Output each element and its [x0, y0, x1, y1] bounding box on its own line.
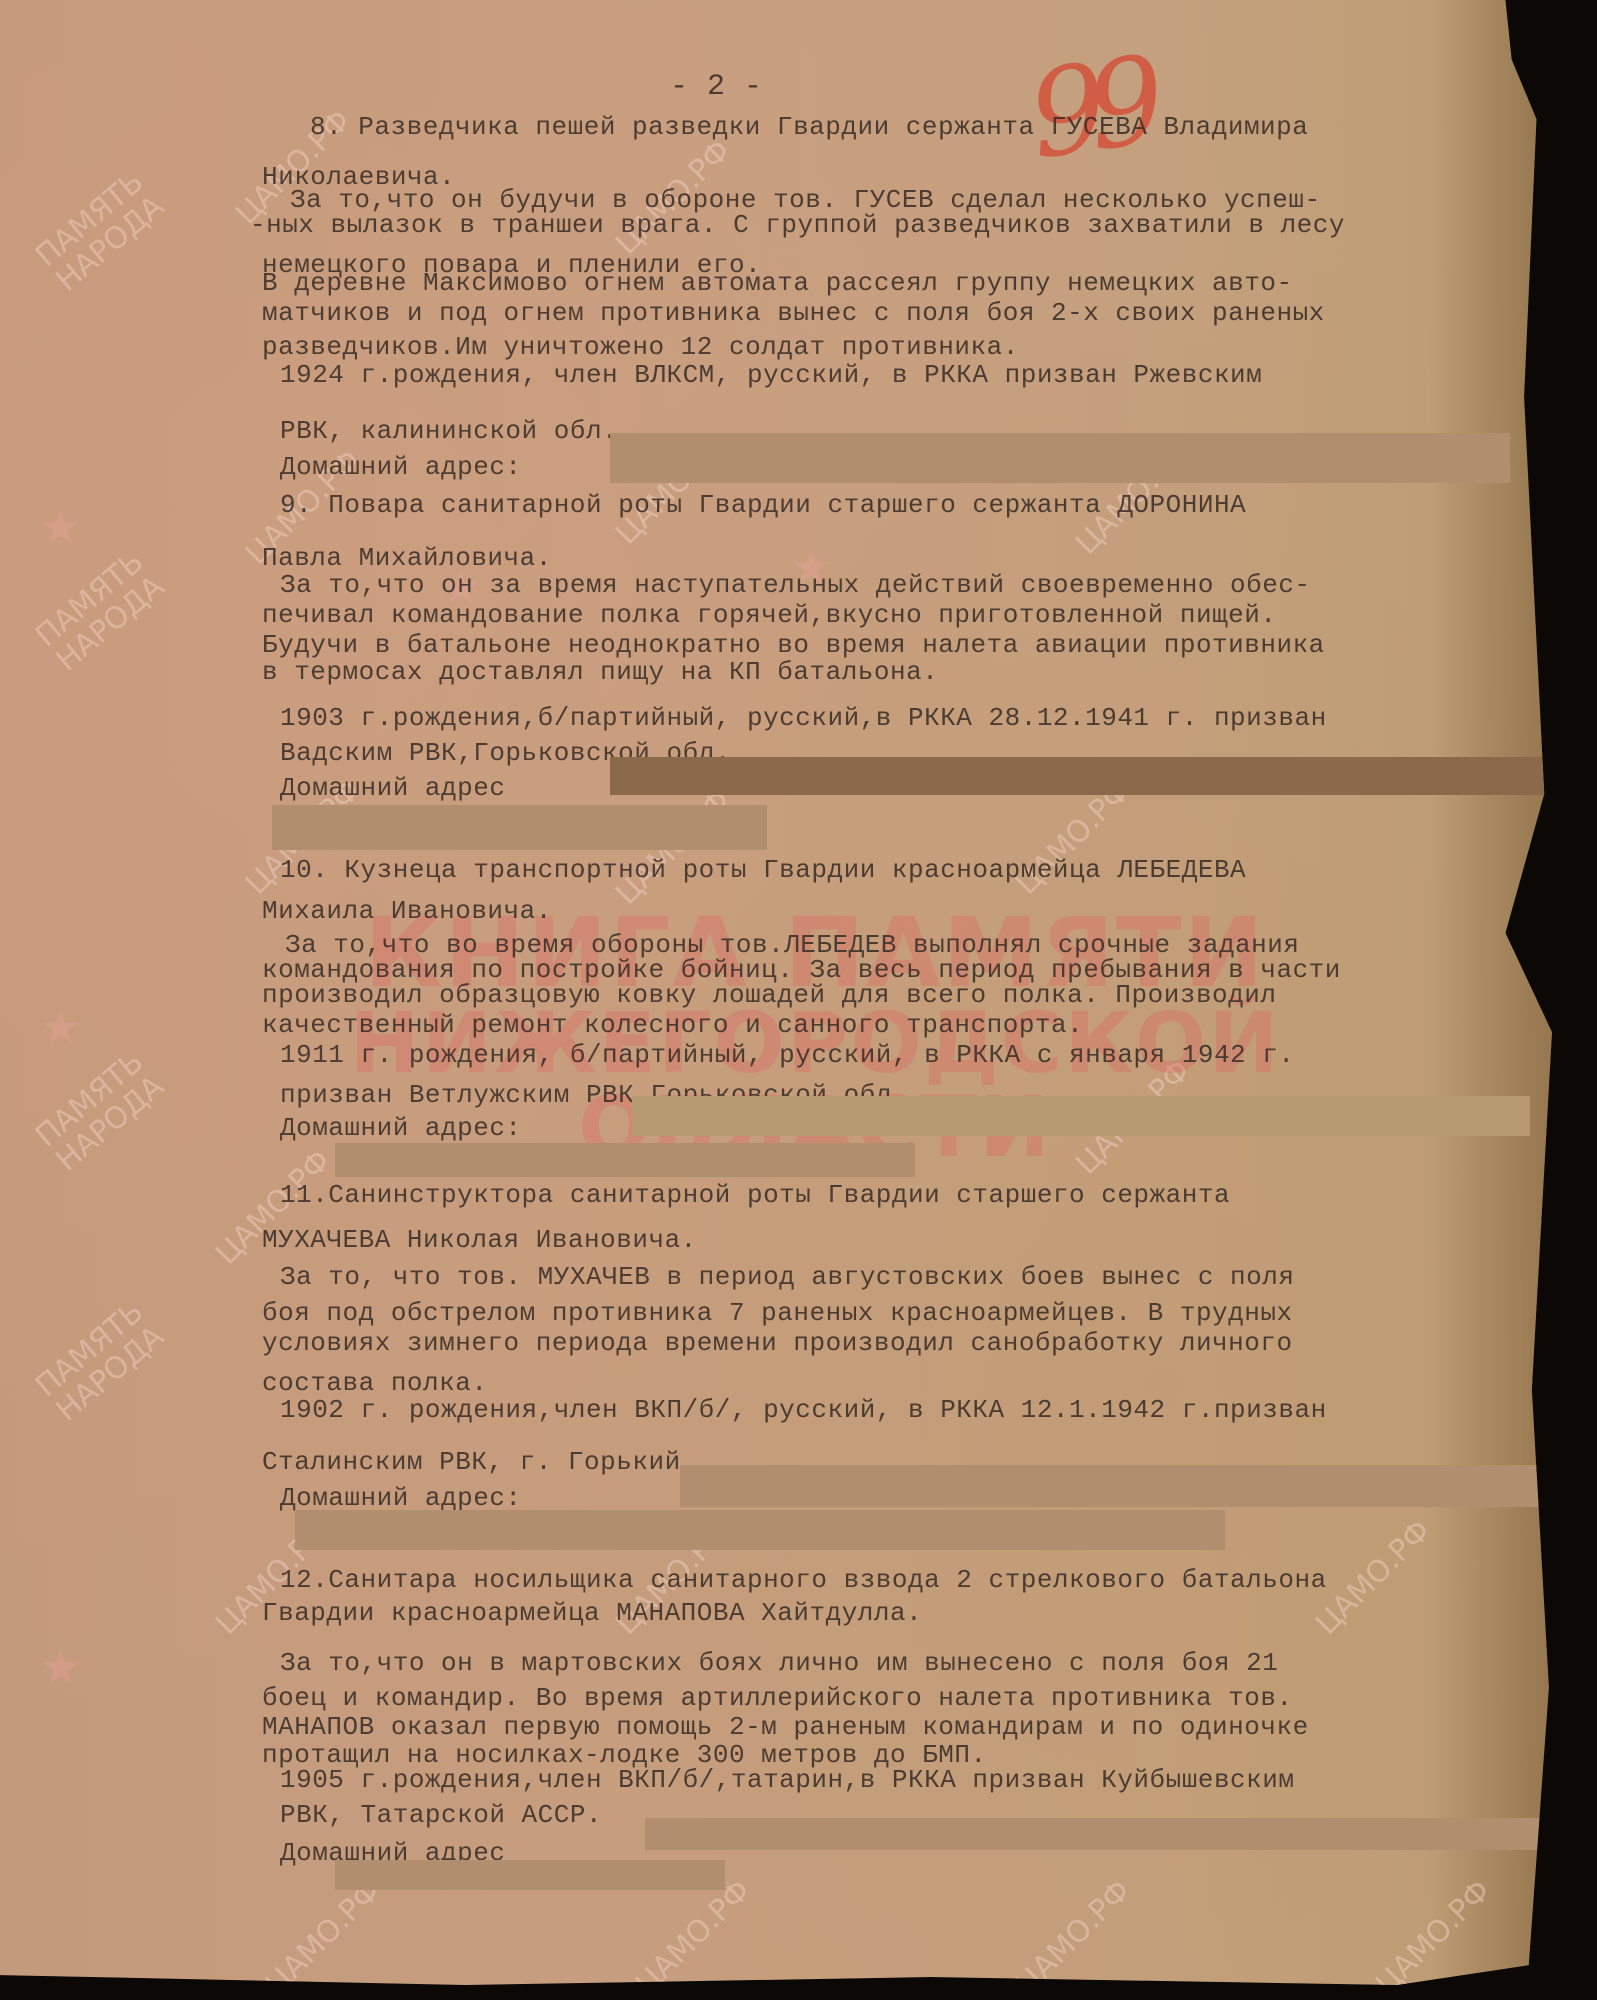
text-line: Михаила Ивановича. [262, 896, 552, 926]
side-watermark: ПАМЯТЬ НАРОДА [18, 536, 181, 687]
text-line: За то,что он за время наступательных дей… [280, 570, 1311, 600]
text-line: Сталинским РВК, г. Горький. [262, 1447, 697, 1477]
text-line: 1903 г.рождения,б/партийный, русский,в Р… [280, 703, 1327, 733]
text-line: боя под обстрелом противника 7 раненых к… [262, 1298, 1293, 1328]
text-line: Гвардии красноармейца МАНАПОВА Хайтдулла… [262, 1598, 922, 1628]
page-number: - 2 - [670, 70, 763, 104]
paper-shadow [1432, 0, 1552, 1985]
watermark: ЦАМО.РФ [259, 1873, 388, 2000]
star-icon: ★ [40, 1000, 81, 1054]
side-watermark: ПАМЯТЬ НАРОДА [18, 1036, 181, 1187]
redacted-address [610, 433, 1510, 483]
watermark: ЦАМО.РФ [1309, 1513, 1438, 1642]
text-line: в термосах доставлял пищу на КП батальон… [262, 657, 938, 687]
text-line: В деревне Максимово огнем автомата рассе… [262, 268, 1293, 298]
text-line: печивал командование полка горячей,вкусн… [262, 600, 1276, 630]
text-line: 11.Санинструктора санитарной роты Гварди… [280, 1180, 1230, 1210]
home-address-label: Домашний адрес: [280, 1113, 522, 1143]
text-line: МАНАПОВ оказал первую помощь 2-м раненым… [262, 1712, 1309, 1742]
watermark: ЦАМО.РФ [1009, 1873, 1138, 2000]
text-line: Будучи в батальоне неоднократно во время… [262, 630, 1325, 660]
text-line: МУХАЧЕВА Николая Ивановича. [262, 1225, 697, 1255]
text-line: 1902 г. рождения,член ВКП/б/, русский, в… [280, 1395, 1327, 1425]
redacted-address [645, 1818, 1575, 1850]
redacted-address [335, 1860, 725, 1890]
text-line: 10. Кузнеца транспортной роты Гвардии кр… [280, 855, 1246, 885]
text-line: боец и командир. Во время артиллерийског… [262, 1683, 1293, 1713]
text-line: За то, что тов. МУХАЧЕВ в период августо… [280, 1262, 1294, 1292]
text-line: -ных вылазок в траншеи врага. С группой … [250, 210, 1345, 240]
document-page: ЦАМО.РФ ЦАМО.РФ ЦАМО.РФ ЦАМО.РФ ЦАМО.РФ … [0, 0, 1552, 1985]
text-line: Павла Михайловича. [262, 543, 552, 573]
redacted-address [632, 1096, 1530, 1136]
text-line: 9. Повара санитарной роты Гвардии старше… [280, 490, 1246, 520]
text-line: матчиков и под огнем противника вынес с … [262, 298, 1325, 328]
text-line: 1924 г.рождения, член ВЛКСМ, русский, в … [280, 360, 1262, 390]
redacted-address [272, 805, 767, 850]
text-line: 8. Разведчика пешей разведки Гвардии сер… [310, 112, 1308, 142]
text-line: РВК, калининской обл. [280, 416, 618, 446]
text-line: производил образцовую ковку лошадей для … [262, 980, 1276, 1010]
redacted-address [610, 757, 1545, 795]
text-line: условиях зимнего периода времени произво… [262, 1328, 1293, 1358]
star-icon: ★ [40, 1640, 81, 1694]
text-line: За то,что он в мартовских боях лично им … [280, 1648, 1278, 1678]
home-address-label: Домашний адрес: [280, 452, 522, 482]
text-line: 1905 г.рождения,член ВКП/б/,татарин,в РК… [280, 1765, 1294, 1795]
text-line: качественный ремонт колесного и санного … [262, 1010, 1083, 1040]
redacted-address [295, 1510, 1225, 1550]
watermark: ЦАМО.РФ [629, 1873, 758, 2000]
star-icon: ★ [40, 500, 81, 554]
side-watermark: ПАМЯТЬ НАРОДА [18, 1286, 181, 1437]
side-watermark: ПАМЯТЬ НАРОДА [18, 156, 181, 307]
redacted-address [335, 1143, 915, 1177]
home-address-label: Домашний адрес: [280, 1483, 522, 1513]
redacted-address [680, 1465, 1570, 1507]
home-address-label: Домашний адрес [280, 773, 505, 803]
text-line: состава полка. [262, 1368, 487, 1398]
text-line: разведчиков.Им уничтожено 12 солдат прот… [262, 332, 1019, 362]
text-line: РВК, Татарской АССР. [280, 1800, 602, 1830]
text-line: 1911 г. рождения, б/партийный, русский, … [280, 1040, 1294, 1070]
handwritten-annotation: 99 [1021, 33, 1156, 187]
text-line: 12.Санитара носильщика санитарного взвод… [280, 1565, 1327, 1595]
